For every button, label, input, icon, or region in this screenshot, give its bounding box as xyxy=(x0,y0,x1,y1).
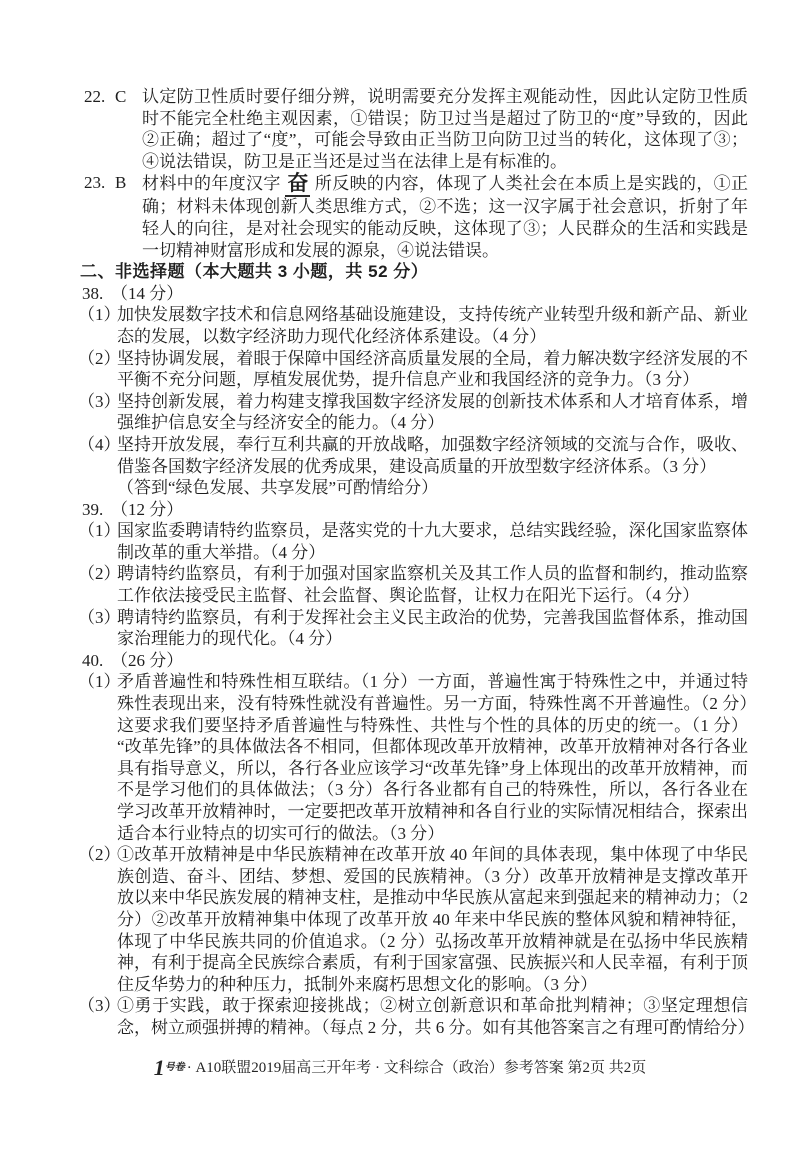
question-38-header: 38. （14 分） xyxy=(78,283,748,305)
answer-explanation: 认定防卫性质时要仔细分辨，说明需要充分发挥主观能动性，因此认定防卫性质时不能完全… xyxy=(142,86,748,172)
explanation-text-before: 材料中的年度汉字 xyxy=(142,174,281,193)
question-score: （26 分） xyxy=(111,650,748,672)
part-label: （2） xyxy=(78,563,117,606)
part-answer-text: 矛盾普遍性和特殊性相互联结。（1 分）一方面，普遍性寓于特殊性之中，并通过特殊性… xyxy=(117,671,748,844)
question-39-part-1: （1） 国家监委聘请特约监察员，是落实党的十九大要求，总结实践经验，深化国家监察… xyxy=(78,520,748,563)
question-score: （14 分） xyxy=(111,283,748,305)
question-38-part-4: （4） 坚持开放发展，奉行互利共赢的开放战略，加强数字经济领域的交流与合作，吸收… xyxy=(78,434,748,499)
question-39-part-2: （2） 聘请特约监察员，有利于加强对国家监察机关及其工作人员的监督和制约，推动监… xyxy=(78,563,748,606)
part-answer-text: ①改革开放精神是中华民族精神在改革开放 40 年间的具体表现，集中体现了中华民族… xyxy=(117,844,748,995)
question-score: （12 分） xyxy=(111,499,748,521)
part-answer-text: 坚持协调发展，着眼于保障中国经济高质量发展的全局，着力解决数字经济发展的不平衡不… xyxy=(117,348,748,391)
question-number: 23. xyxy=(84,172,115,261)
choice-answer-22: 22. C 认定防卫性质时要仔细分辨，说明需要充分发挥主观能动性，因此认定防卫性… xyxy=(78,86,748,172)
answer-letter: C xyxy=(115,86,142,172)
part-answer-text: 聘请特约监察员，有利于发挥社会主义民主政治的优势，完善我国监督体系，推动国家治理… xyxy=(117,607,748,650)
question-number: 38. xyxy=(82,283,111,305)
footer-caption: · A10联盟2019届高三开年考 · 文科综合（政治）参考答案 第2页 共2页 xyxy=(187,1060,647,1076)
part-answer-text: 国家监委聘请特约监察员，是落实党的十九大要求，总结实践经验，深化国家监察体制改革… xyxy=(117,520,748,563)
question-40-part-2: （2） ①改革开放精神是中华民族精神在改革开放 40 年间的具体表现，集中体现了… xyxy=(78,844,748,995)
brand-logo-text: 号卷 xyxy=(165,1062,185,1073)
part-label: （1） xyxy=(78,671,117,844)
question-39-part-3: （3） 聘请特约监察员，有利于发挥社会主义民主政治的优势，完善我国监督体系，推动… xyxy=(78,607,748,650)
question-40-part-3: （3） ①勇于实践，敢于探索迎接挑战；②树立创新意识和革命批判精神；③坚定理想信… xyxy=(78,995,748,1038)
part-label: （2） xyxy=(78,348,117,391)
part-label: （2） xyxy=(78,844,117,995)
part-label: （1） xyxy=(78,304,117,347)
question-number: 39. xyxy=(82,499,111,521)
part-label: （3） xyxy=(78,607,117,650)
question-number: 40. xyxy=(82,650,111,672)
part-answer-text: 聘请特约监察员，有利于加强对国家监察机关及其工作人员的监督和制约，推动监察工作依… xyxy=(117,563,748,606)
part-answer-text: 加快发展数字技术和信息网络基础设施建设，支持传统产业转型升级和新产品、新业态的发… xyxy=(117,304,748,347)
part-answer-text: 坚持创新发展，着力构建支撑我国数字经济发展的创新技术体系和人才培育体系，增强维护… xyxy=(117,391,748,434)
grading-note: （答到“绿色发展、共享发展”可酌情给分） xyxy=(117,477,748,499)
choice-answer-23: 23. B 材料中的年度汉字 奋 所反映的内容，体现了人类社会在本质上是实践的，… xyxy=(78,172,748,261)
question-40-header: 40. （26 分） xyxy=(78,650,748,672)
question-39-header: 39. （12 分） xyxy=(78,499,748,521)
section-heading: 二、非选择题（本大题共 3 小题，共 52 分） xyxy=(80,261,748,283)
page-footer: 1号卷· A10联盟2019届高三开年考 · 文科综合（政治）参考答案 第2页 … xyxy=(0,1056,800,1079)
question-38-part-3: （3） 坚持创新发展，着力构建支撑我国数字经济发展的创新技术体系和人才培育体系，… xyxy=(78,391,748,434)
answer-content: 22. C 认定防卫性质时要仔细分辨，说明需要充分发挥主观能动性，因此认定防卫性… xyxy=(78,86,748,1039)
question-38-part-1: （1） 加快发展数字技术和信息网络基础设施建设，支持传统产业转型升级和新产品、新… xyxy=(78,304,748,347)
part-label: （3） xyxy=(78,391,117,434)
answer-letter: B xyxy=(115,172,142,261)
part-label: （3） xyxy=(78,995,117,1038)
part-answer-text: ①勇于实践，敢于探索迎接挑战；②树立创新意识和革命批判精神；③坚定理想信念，树立… xyxy=(117,995,748,1038)
exam-answer-page: 22. C 认定防卫性质时要仔细分辨，说明需要充分发挥主观能动性，因此认定防卫性… xyxy=(0,0,800,1156)
year-character-calligraphy: 奋 xyxy=(285,173,310,197)
part-answer-text: 坚持开放发展，奉行互利共赢的开放战略，加强数字经济领域的交流与合作，吸收、借鉴各… xyxy=(117,434,748,499)
part-label: （1） xyxy=(78,520,117,563)
part-answer-main: 坚持开放发展，奉行互利共赢的开放战略，加强数字经济领域的交流与合作，吸收、借鉴各… xyxy=(117,435,748,476)
question-number: 22. xyxy=(84,86,115,172)
answer-explanation: 材料中的年度汉字 奋 所反映的内容，体现了人类社会在本质上是实践的，①正确；材料… xyxy=(142,172,748,261)
question-38-part-2: （2） 坚持协调发展，着眼于保障中国经济高质量发展的全局，着力解决数字经济发展的… xyxy=(78,348,748,391)
question-40-part-1: （1） 矛盾普遍性和特殊性相互联结。（1 分）一方面，普遍性寓于特殊性之中，并通… xyxy=(78,671,748,844)
brand-logo-digit: 1 xyxy=(154,1055,164,1080)
part-label: （4） xyxy=(78,434,117,499)
